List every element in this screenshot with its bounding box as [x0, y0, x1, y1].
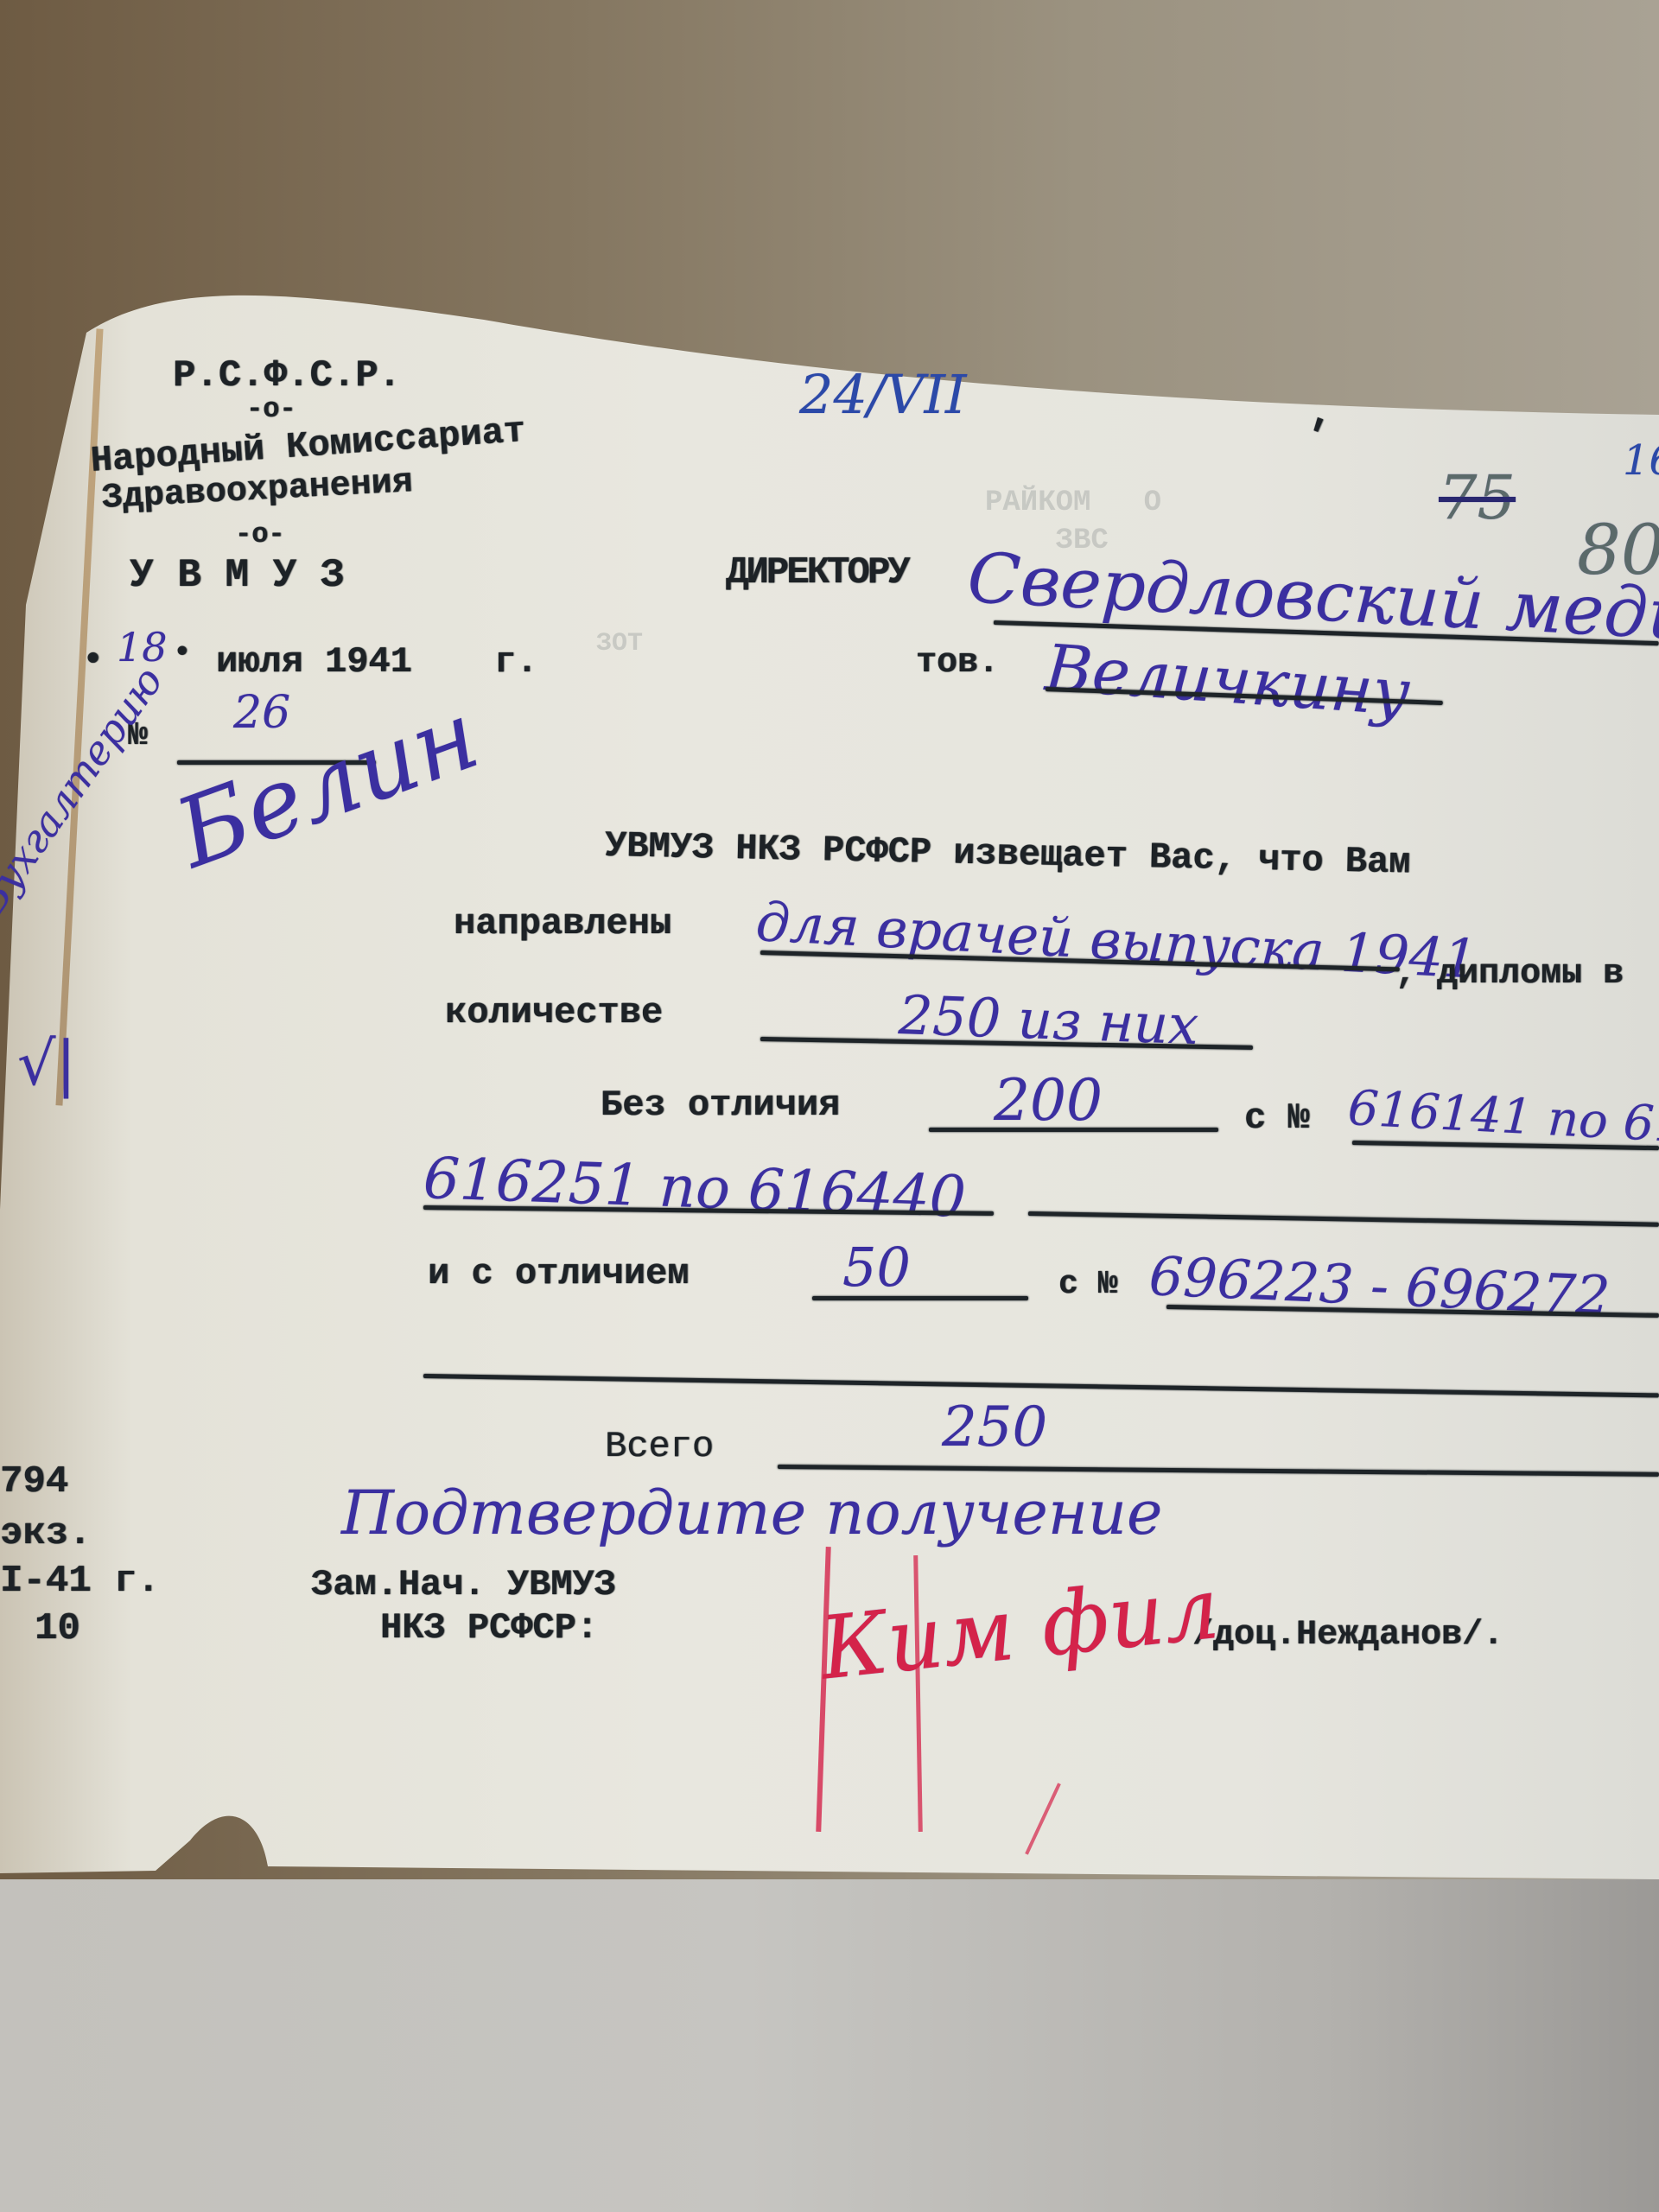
table-surface — [0, 1879, 1659, 2212]
margin-ref-1: 794 — [0, 1460, 68, 1503]
without-no-label: с № — [1244, 1097, 1310, 1139]
separator: -о- — [246, 393, 296, 425]
signer-title-line1: Зам.Нач. УВМУЗ — [311, 1564, 616, 1605]
addressee-label: ДИРЕКТОРУ — [726, 551, 908, 594]
without-count-underline — [929, 1128, 1218, 1132]
with-count-underline — [812, 1296, 1028, 1300]
separator: -о- — [235, 518, 285, 550]
number-value: 26 — [233, 687, 290, 739]
salutation: тов. — [916, 644, 999, 683]
signer-name: /доц.Нежданов/. — [1192, 1616, 1503, 1655]
with-no-label: с № — [1058, 1266, 1117, 1303]
resolution-note: Подтвердите получение — [341, 1478, 1162, 1548]
sent-suffix: , дипломы в — [1395, 955, 1624, 994]
quantity-label: количестве — [445, 992, 663, 1033]
total-value: 250 — [942, 1395, 1047, 1459]
date-bullet: • — [82, 639, 104, 681]
ghost-text: ЗОТ — [596, 629, 643, 658]
date-bullet: • — [173, 635, 192, 671]
page-number-old: 75 — [1439, 462, 1516, 533]
without-distinction-count: 200 — [994, 1067, 1103, 1134]
margin-ref-3: I-41 г. — [0, 1560, 160, 1603]
date-month-year: июля 1941 — [216, 641, 412, 683]
with-distinction-label: и с отличием — [428, 1253, 689, 1294]
margin-fraction: √| — [17, 1028, 76, 1099]
margin-ref-2: экз. — [0, 1512, 92, 1555]
total-label: Всего — [605, 1426, 714, 1467]
page-corner-number: 16 — [1623, 436, 1659, 485]
sent-label: направлены — [454, 903, 671, 944]
country-header: Р.С.Ф.С.Р. — [173, 354, 401, 397]
margin-ref-4: 10 — [35, 1607, 80, 1650]
date-suffix: г. — [494, 641, 537, 683]
with-distinction-count: 50 — [842, 1236, 911, 1299]
signer-title-line2: НКЗ РСФСР: — [380, 1607, 598, 1649]
without-distinction-label: Без отличия — [601, 1084, 840, 1126]
date-annotation: 24/VII — [799, 363, 967, 426]
department-header: У В М У З — [130, 553, 344, 598]
